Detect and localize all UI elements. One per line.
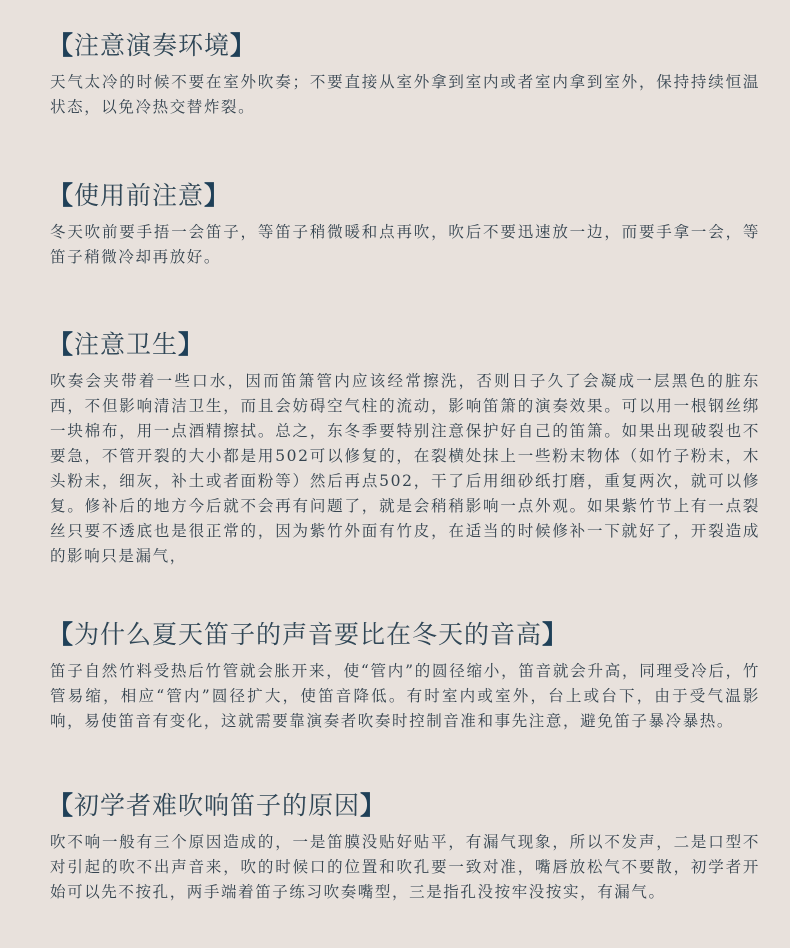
bracket-close: 】 (204, 181, 230, 210)
section-hygiene: 【注意卫生】 吹奏会夹带着一些口水，因而笛箫管内应该经常擦洗，否则日子久了会凝成… (48, 329, 760, 569)
section-title: 初学者难吹响笛子的原因 (74, 791, 360, 820)
bracket-open: 【 (48, 791, 74, 820)
section-title: 注意卫生 (74, 330, 178, 359)
section-heading: 【注意演奏环境】 (48, 30, 760, 62)
section-before-use: 【使用前注意】 冬天吹前要手捂一会笛子，等笛子稍微暖和点再吹，吹后不要迅速放一边… (48, 180, 760, 270)
section-body: 天气太冷的时候不要在室外吹奏；不要直接从室外拿到室内或者室内拿到室外，保持持续恒… (50, 70, 760, 120)
section-title: 为什么夏天笛子的声音要比在冬天的音高 (74, 620, 542, 649)
bracket-close: 】 (360, 791, 386, 820)
bracket-open: 【 (48, 620, 74, 649)
section-heading: 【注意卫生】 (48, 329, 760, 361)
section-body: 冬天吹前要手捂一会笛子，等笛子稍微暖和点再吹，吹后不要迅速放一边，而要手拿一会，… (50, 220, 760, 270)
bracket-close: 】 (178, 330, 204, 359)
bracket-open: 【 (48, 31, 74, 60)
section-heading: 【使用前注意】 (48, 180, 760, 212)
section-heading: 【初学者难吹响笛子的原因】 (48, 790, 760, 822)
section-heading: 【为什么夏天笛子的声音要比在冬天的音高】 (48, 619, 760, 651)
bracket-open: 【 (48, 330, 74, 359)
bracket-open: 【 (48, 181, 74, 210)
section-title: 注意演奏环境 (74, 31, 230, 60)
bracket-close: 】 (230, 31, 256, 60)
section-summer-pitch: 【为什么夏天笛子的声音要比在冬天的音高】 笛子自然竹料受热后竹管就会胀开来，使“… (48, 619, 760, 734)
section-title: 使用前注意 (74, 181, 204, 210)
section-beginner-difficulty: 【初学者难吹响笛子的原因】 吹不响一般有三个原因造成的，一是笛膜没贴好贴平，有漏… (48, 790, 760, 905)
section-environment: 【注意演奏环境】 天气太冷的时候不要在室外吹奏；不要直接从室外拿到室内或者室内拿… (48, 30, 760, 120)
section-body: 笛子自然竹料受热后竹管就会胀开来，使“管内”的圆径缩小，笛音就会升高，同理受冷后… (50, 659, 760, 734)
section-body: 吹奏会夹带着一些口水，因而笛箫管内应该经常擦洗，否则日子久了会凝成一层黑色的脏东… (50, 369, 760, 569)
bracket-close: 】 (542, 620, 568, 649)
section-body: 吹不响一般有三个原因造成的，一是笛膜没贴好贴平，有漏气现象，所以不发声，二是口型… (50, 830, 760, 905)
